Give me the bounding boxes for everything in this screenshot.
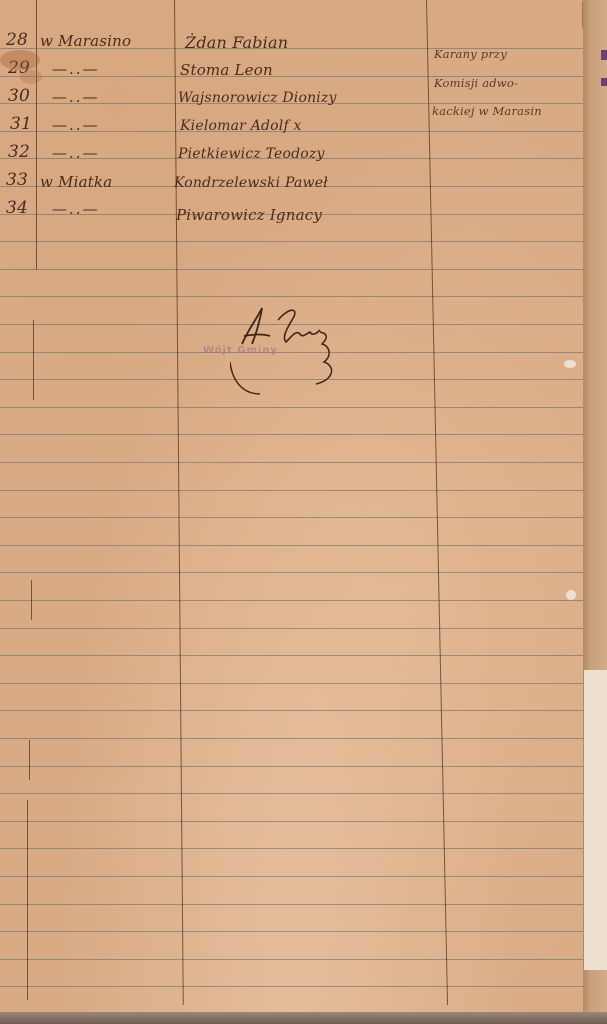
entry-place: w Miatka	[40, 173, 112, 191]
bottom-edge	[0, 1012, 607, 1024]
ruled-line	[0, 821, 583, 822]
ruled-line	[0, 545, 583, 546]
ruled-line	[0, 876, 583, 877]
column-rule-number-lower4	[27, 800, 28, 1000]
entry-place-ditto: —..—	[52, 60, 100, 78]
signature	[230, 300, 350, 395]
column-rule-number-lower	[33, 320, 34, 400]
ruled-line	[0, 655, 583, 656]
ruled-line	[0, 572, 583, 573]
entry-number: 33	[6, 170, 28, 190]
entry-name: Kondrzelewski Paweł	[174, 175, 328, 191]
ruled-line	[0, 600, 583, 601]
ruled-line	[0, 296, 583, 297]
column-rule-number-lower2	[31, 580, 32, 620]
ruled-line	[0, 490, 583, 491]
stain	[566, 590, 576, 600]
entry-place: w Marasino	[40, 32, 131, 50]
ruled-line	[0, 904, 583, 905]
remark-line: Komisji adwo-	[434, 76, 518, 90]
column-rule-number-lower3	[29, 740, 30, 780]
purple-mark	[601, 78, 607, 86]
purple-mark	[601, 50, 607, 60]
ruled-line	[0, 986, 583, 987]
ruled-line	[0, 517, 583, 518]
entry-number: 28	[6, 30, 28, 50]
ruled-line	[0, 738, 583, 739]
ruled-line	[0, 931, 583, 932]
entry-name: Kielomar Adolf x	[180, 118, 302, 134]
entry-name: Wajsnorowicz Dionizy	[178, 90, 337, 106]
page-flap	[583, 670, 607, 970]
page-edge	[583, 0, 607, 1024]
remark-line: kackiej w Marasin	[432, 104, 542, 118]
ruled-line	[0, 462, 583, 463]
stain	[0, 50, 40, 70]
ruled-line	[0, 793, 583, 794]
column-rule-name	[426, 0, 448, 1005]
ruled-line	[0, 959, 583, 960]
entry-place-ditto: —..—	[52, 200, 100, 218]
ruled-line	[0, 628, 583, 629]
entry-place-ditto: —..—	[52, 116, 100, 134]
entry-place-ditto: —..—	[52, 88, 100, 106]
ruled-line	[0, 710, 583, 711]
ruled-line	[0, 407, 583, 408]
remark-line: Karany przy	[434, 47, 507, 61]
entry-name: Pietkiewicz Teodozy	[178, 146, 325, 162]
stain	[564, 360, 576, 368]
entry-place-ditto: —..—	[52, 144, 100, 162]
ruled-line	[0, 269, 583, 270]
entry-number: 30	[8, 86, 30, 106]
column-rule-number	[36, 0, 37, 270]
ruled-line	[0, 434, 583, 435]
ruled-line	[0, 848, 583, 849]
entry-name: Stoma Leon	[180, 61, 273, 79]
entry-name: Piwarowicz Ignacy	[176, 206, 322, 224]
entry-number: 31	[10, 114, 32, 134]
entry-number: 32	[8, 142, 30, 162]
entry-number: 34	[6, 198, 28, 218]
stain	[20, 70, 42, 84]
ruled-line	[0, 766, 583, 767]
entry-name: Żdan Fabian	[185, 33, 288, 52]
ledger-page: 28 w Marasino Żdan Fabian 29 —..— Stoma …	[0, 0, 583, 1018]
ruled-line	[0, 683, 583, 684]
ruled-line	[0, 241, 583, 242]
